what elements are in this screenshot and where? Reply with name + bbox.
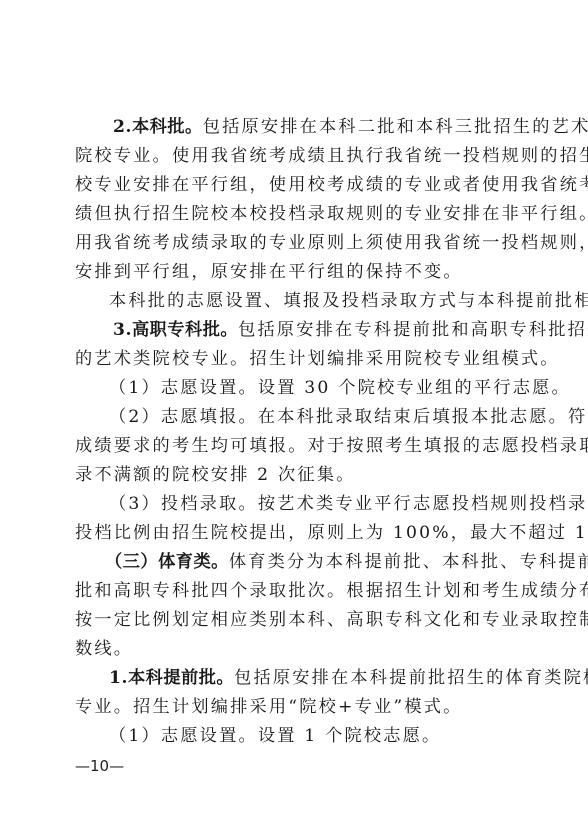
text-line: （3）投档录取。按艺术类专业平行志愿投档规则投档录取。 [75,493,519,515]
paragraph-text: 成绩要求的考生均可填报。对于按照考生填报的志愿投档录取后、 [75,436,588,456]
paragraph-text: 包括原安排在本科二批和本科三批招生的艺术类 [203,117,588,137]
paragraph-text: （2）志愿填报。在本科批录取结束后填报本批志愿。符合 [109,407,588,427]
text-line: （1）志愿设置。设置 30 个院校专业组的平行志愿。 [75,377,519,399]
text-line: 2.本科批。包括原安排在本科二批和本科三批招生的艺术类 [75,116,519,138]
text-line: （三）体育类。体育类分为本科提前批、本科批、专科提前 [75,551,519,573]
paragraph-text: 投档比例由招生院校提出，原则上为 100%，最大不超过 105%。 [75,523,588,543]
text-line: （2）志愿填报。在本科批录取结束后填报本批志愿。符合 [75,406,519,428]
page-number: —10— [75,757,124,775]
paragraph-text: 专业。招生计划编排采用“院校+专业”模式。 [75,697,463,717]
text-line: 录不满额的院校安排 2 次征集。 [75,464,519,486]
paragraph-text: 体育类分为本科提前批、本科批、专科提前 [229,552,588,572]
paragraph-text: （1）志愿设置。设置 1 个院校志愿。 [109,726,441,746]
paragraph-text: （3）投档录取。按艺术类专业平行志愿投档规则投档录取。 [109,494,588,514]
section-heading: （三）体育类。 [105,552,229,572]
paragraph-text: 录不满额的院校安排 2 次征集。 [75,465,356,485]
paragraph-text: 包括原安排在专科提前批和高职专科批招生 [238,320,588,340]
text-line: 3.高职专科批。包括原安排在专科提前批和高职专科批招生 [75,319,519,341]
paragraph-text: 绩但执行招生院校本校投档录取规则的专业安排在非平行组。采 [75,204,588,224]
text-line: （1）志愿设置。设置 1 个院校志愿。 [75,725,519,747]
paragraph-text: 用我省统考成绩录取的专业原则上须使用我省统一投档规则，并 [75,233,588,253]
text-line: 数线。 [75,638,519,660]
document-page: 2.本科批。包括原安排在本科二批和本科三批招生的艺术类 院校专业。使用我省统考成… [0,0,588,834]
text-line: 本科批的志愿设置、填报及投档录取方式与本科提前批相同。 [75,290,519,312]
text-line: 安排到平行组，原安排在平行组的保持不变。 [75,261,519,283]
paragraph-text: 包括原安排在本科提前批招生的体育类院校 [234,668,588,688]
text-line: 1.本科提前批。包括原安排在本科提前批招生的体育类院校 [75,667,519,689]
text-line: 按一定比例划定相应类别本科、高职专科文化和专业录取控制分 [75,609,519,631]
paragraph-text: 数线。 [75,639,133,659]
paragraph-text: 本科批的志愿设置、填报及投档录取方式与本科提前批相同。 [109,291,588,311]
text-line: 成绩要求的考生均可填报。对于按照考生填报的志愿投档录取后、 [75,435,519,457]
paragraph-text: 院校专业。使用我省统考成绩且执行我省统一投档规则的招生院 [75,146,588,166]
paragraph-text: （1）志愿设置。设置 30 个院校专业组的平行志愿。 [109,378,571,398]
section-heading: 3.高职专科批。 [113,320,238,340]
text-line: 的艺术类院校专业。招生计划编排采用院校专业组模式。 [75,348,519,370]
section-heading: 2.本科批。 [113,117,203,137]
text-line: 批和高职专科批四个录取批次。根据招生计划和考生成绩分布， [75,580,519,602]
text-line: 绩但执行招生院校本校投档录取规则的专业安排在非平行组。采 [75,203,519,225]
text-line: 专业。招生计划编排采用“院校+专业”模式。 [75,696,519,718]
text-line: 用我省统考成绩录取的专业原则上须使用我省统一投档规则，并 [75,232,519,254]
paragraph-text: 按一定比例划定相应类别本科、高职专科文化和专业录取控制分 [75,610,588,630]
section-heading: 1.本科提前批。 [109,668,234,688]
paragraph-text: 校专业安排在平行组，使用校考成绩的专业或者使用我省统考成 [75,175,588,195]
text-line: 院校专业。使用我省统考成绩且执行我省统一投档规则的招生院 [75,145,519,167]
paragraph-text: 批和高职专科批四个录取批次。根据招生计划和考生成绩分布， [75,581,588,601]
paragraph-text: 安排到平行组，原安排在平行组的保持不变。 [75,262,463,282]
text-line: 投档比例由招生院校提出，原则上为 100%，最大不超过 105%。 [75,522,519,544]
paragraph-text: 的艺术类院校专业。招生计划编排采用院校专业组模式。 [75,349,560,369]
text-line: 校专业安排在平行组，使用校考成绩的专业或者使用我省统考成 [75,174,519,196]
